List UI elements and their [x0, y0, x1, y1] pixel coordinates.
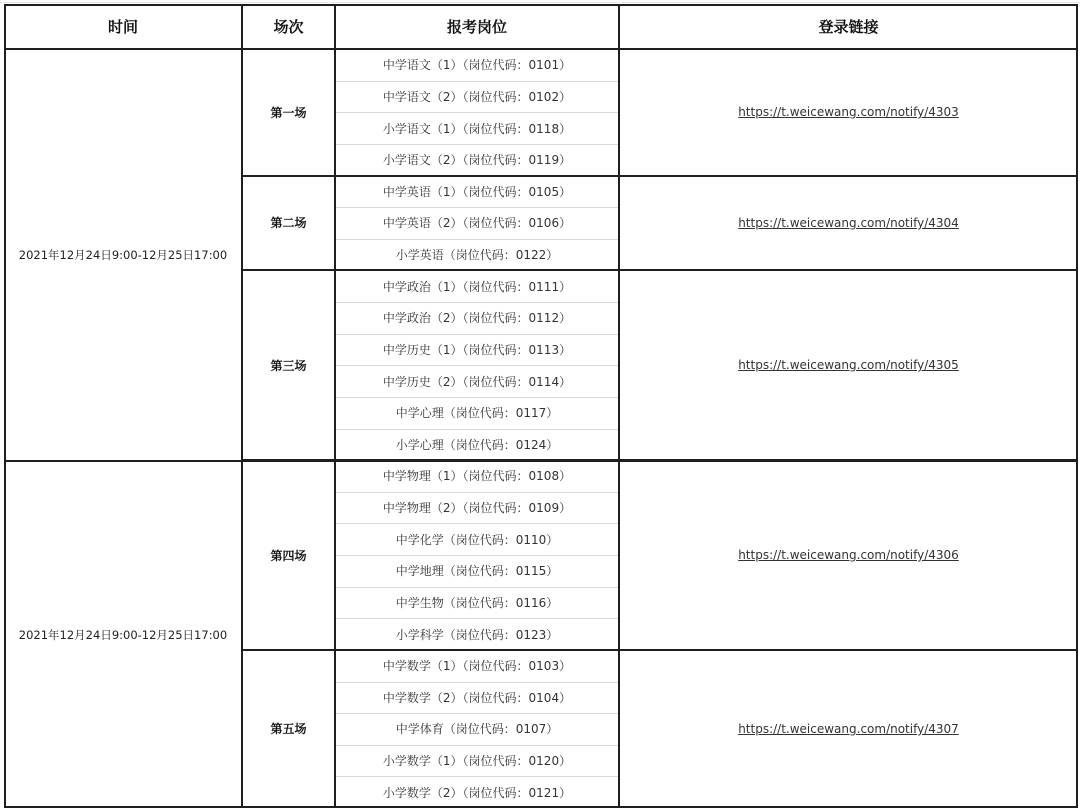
position-cell: 小学科学（岗位代码：0123） [335, 618, 619, 650]
row-divider [336, 523, 618, 524]
row-divider [336, 618, 618, 619]
exam-schedule-table: 时间 场次 报考岗位 登录链接 2021年12月24日9:00-12月25日17… [4, 4, 1078, 808]
table-border-right [1076, 4, 1078, 808]
login-link[interactable]: https://t.weicewang.com/notify/4303 [738, 105, 959, 119]
position-cell: 中学政治（1）（岗位代码：0111） [335, 270, 619, 302]
header-link: 登录链接 [619, 4, 1078, 49]
row-divider [336, 682, 618, 683]
login-link[interactable]: https://t.weicewang.com/notify/4307 [738, 722, 959, 736]
position-cell: 中学心理（岗位代码：0117） [335, 397, 619, 429]
page-rule [0, 2, 1080, 3]
row-divider [336, 112, 618, 113]
row-divider [336, 745, 618, 746]
time-cell: 2021年12月24日9:00-12月25日17:00 [4, 461, 242, 808]
row-divider [336, 587, 618, 588]
session-cell: 第四场 [242, 460, 335, 650]
session-cell: 第三场 [242, 270, 335, 460]
position-cell: 小学英语（岗位代码：0122） [335, 239, 619, 271]
session-divider [241, 649, 1078, 651]
table-border-left [4, 4, 6, 808]
row-divider [336, 81, 618, 82]
position-cell: 中学历史（2）（岗位代码：0114） [335, 365, 619, 397]
position-cell: 中学数学（1）（岗位代码：0103） [335, 650, 619, 682]
position-cell: 小学语文（2）（岗位代码：0119） [335, 144, 619, 176]
row-divider [336, 239, 618, 240]
position-cell: 中学化学（岗位代码：0110） [335, 523, 619, 555]
row-divider [336, 365, 618, 366]
position-cell: 中学数学（2）（岗位代码：0104） [335, 682, 619, 714]
position-cell: 小学语文（1）（岗位代码：0118） [335, 112, 619, 144]
position-cell: 小学数学（2）（岗位代码：0121） [335, 776, 619, 808]
position-cell: 中学政治（2）（岗位代码：0112） [335, 302, 619, 334]
position-cell: 中学物理（2）（岗位代码：0109） [335, 492, 619, 524]
session-divider [241, 175, 1078, 177]
row-divider [336, 302, 618, 303]
column-divider [334, 4, 336, 808]
row-divider [336, 555, 618, 556]
header-divider [4, 48, 1078, 50]
link-cell: https://t.weicewang.com/notify/4306 [619, 460, 1078, 650]
row-divider [336, 429, 618, 430]
table-border-bottom [4, 806, 1078, 808]
position-cell: 中学语文（1）（岗位代码：0101） [335, 49, 619, 81]
row-divider [336, 397, 618, 398]
position-cell: 中学生物（岗位代码：0116） [335, 587, 619, 619]
row-divider [336, 207, 618, 208]
position-cell: 中学历史（1）（岗位代码：0113） [335, 334, 619, 366]
link-cell: https://t.weicewang.com/notify/4304 [619, 176, 1078, 271]
login-link[interactable]: https://t.weicewang.com/notify/4304 [738, 216, 959, 230]
row-divider [336, 334, 618, 335]
position-cell: 中学语文（2）（岗位代码：0102） [335, 81, 619, 113]
header-time: 时间 [4, 4, 242, 49]
position-cell: 中学英语（1）（岗位代码：0105） [335, 176, 619, 208]
session-cell: 第一场 [242, 49, 335, 176]
table-border-top [4, 4, 1078, 6]
row-divider [336, 776, 618, 777]
session-divider [241, 269, 1078, 271]
session-cell: 第二场 [242, 176, 335, 271]
time-cell: 2021年12月24日9:00-12月25日17:00 [4, 49, 242, 461]
header-position: 报考岗位 [335, 4, 619, 49]
position-cell: 中学体育（岗位代码：0107） [335, 713, 619, 745]
link-cell: https://t.weicewang.com/notify/4305 [619, 270, 1078, 460]
position-cell: 中学地理（岗位代码：0115） [335, 555, 619, 587]
row-divider [336, 492, 618, 493]
link-cell: https://t.weicewang.com/notify/4303 [619, 49, 1078, 176]
position-cell: 中学英语（2）（岗位代码：0106） [335, 207, 619, 239]
position-cell: 小学数学（1）（岗位代码：0120） [335, 745, 619, 777]
login-link[interactable]: https://t.weicewang.com/notify/4306 [738, 548, 959, 562]
header-session: 场次 [242, 4, 335, 49]
column-divider [618, 4, 620, 808]
column-divider [241, 4, 243, 808]
session-divider [241, 459, 1078, 461]
row-divider [336, 144, 618, 145]
login-link[interactable]: https://t.weicewang.com/notify/4305 [738, 358, 959, 372]
row-divider [336, 713, 618, 714]
position-cell: 小学心理（岗位代码：0124） [335, 429, 619, 461]
session-cell: 第五场 [242, 650, 335, 808]
link-cell: https://t.weicewang.com/notify/4307 [619, 650, 1078, 808]
position-cell: 中学物理（1）（岗位代码：0108） [335, 460, 619, 492]
